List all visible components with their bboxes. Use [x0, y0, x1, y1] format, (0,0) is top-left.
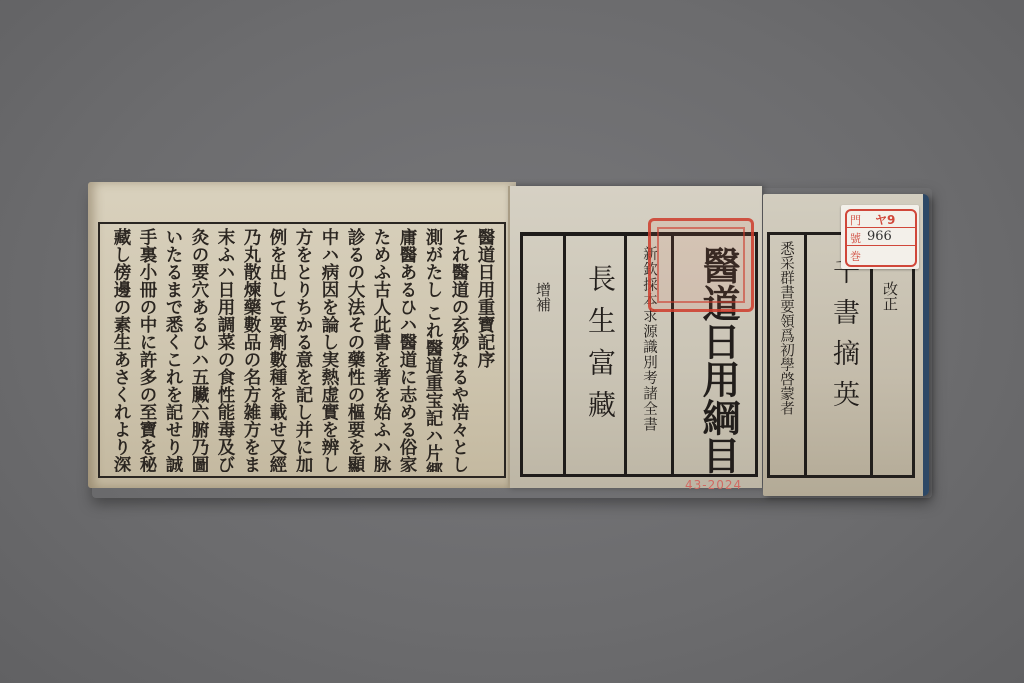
preface-column: 灸の要穴あるひハ五臟六腑乃圖解ふ — [186, 228, 212, 472]
preface-column: 乃丸散煉藥數品の名方雑方をまで — [238, 228, 264, 472]
preface-column: 例を出して要劑數種を載せ又經驗 — [264, 228, 290, 472]
preface-column: 診るの大法その藥性の樞要を顯す — [342, 228, 368, 472]
slip-row2-label: 號 — [850, 230, 861, 246]
preface-page: 醫道日用重寶記序 それ醫道の玄妙なるや浩々として 測がたし これ醫道重宝記ハ片郷… — [88, 182, 516, 488]
description-text: 悉采群書要領爲初學啓蒙者 — [776, 241, 797, 415]
preface-column: 庸醫あるひハ醫道に志める俗家乃 — [394, 228, 420, 472]
revision-label: 改正 — [880, 281, 901, 311]
side-title-column: 長生富藏 — [566, 236, 627, 474]
preface-heading: 醫道日用重寶記序 — [472, 228, 498, 472]
preface-text-columns: 醫道日用重寶記序 それ醫道の玄妙なるや浩々として 測がたし これ醫道重宝記ハ片郷… — [108, 228, 498, 472]
preface-column: いたるまで悉くこれを記せり誠ふ — [160, 228, 186, 472]
slip-row1-value: ヤ9 — [875, 211, 895, 228]
slip-row2-value: 966 — [867, 229, 892, 244]
slip-row1-label: 門 — [850, 212, 861, 228]
preface-column: 方をとりちかる意を記し并に加減乃 — [290, 228, 316, 472]
red-seal-stamp — [648, 218, 754, 312]
right-main-title: 千書摘英 — [824, 257, 863, 421]
preface-column: 藏し傍邊の素生あさくれより深に — [108, 228, 134, 472]
edition-column: 增補 — [523, 236, 566, 474]
side-title: 長生富藏 — [580, 264, 620, 432]
slip-row3-label: 巻 — [850, 248, 861, 264]
preface-column: ためふ古人此書を著を始ふハ脉を — [368, 228, 394, 472]
preface-column: 中ハ病因を論し実熱虚實を辨して — [316, 228, 342, 472]
preface-column: それ醫道の玄妙なるや浩々として — [446, 228, 472, 472]
catalog-number: 43-2024 — [685, 478, 742, 492]
preface-border: 醫道日用重寶記序 それ醫道の玄妙なるや浩々として 測がたし これ醫道重宝記ハ片郷… — [98, 222, 506, 478]
preface-column: 測がたし これ醫道重宝記ハ片郷の — [420, 228, 446, 472]
call-number-slip: 門 ヤ9 號 966 巻 — [841, 205, 919, 269]
description-column: 悉采群書要領爲初學啓蒙者 — [770, 235, 807, 475]
edition-label: 增補 — [533, 282, 554, 312]
middle-cover: 增補 長生富藏 新欽採本求源識別考諸全書 醫道日用綱目 43-2024 — [508, 186, 762, 488]
preface-column: 手裏小冊の中に許多の至寶を秘 — [134, 228, 160, 472]
preface-column: 末ふハ日用調菜の食性能毒及び針 — [212, 228, 238, 472]
